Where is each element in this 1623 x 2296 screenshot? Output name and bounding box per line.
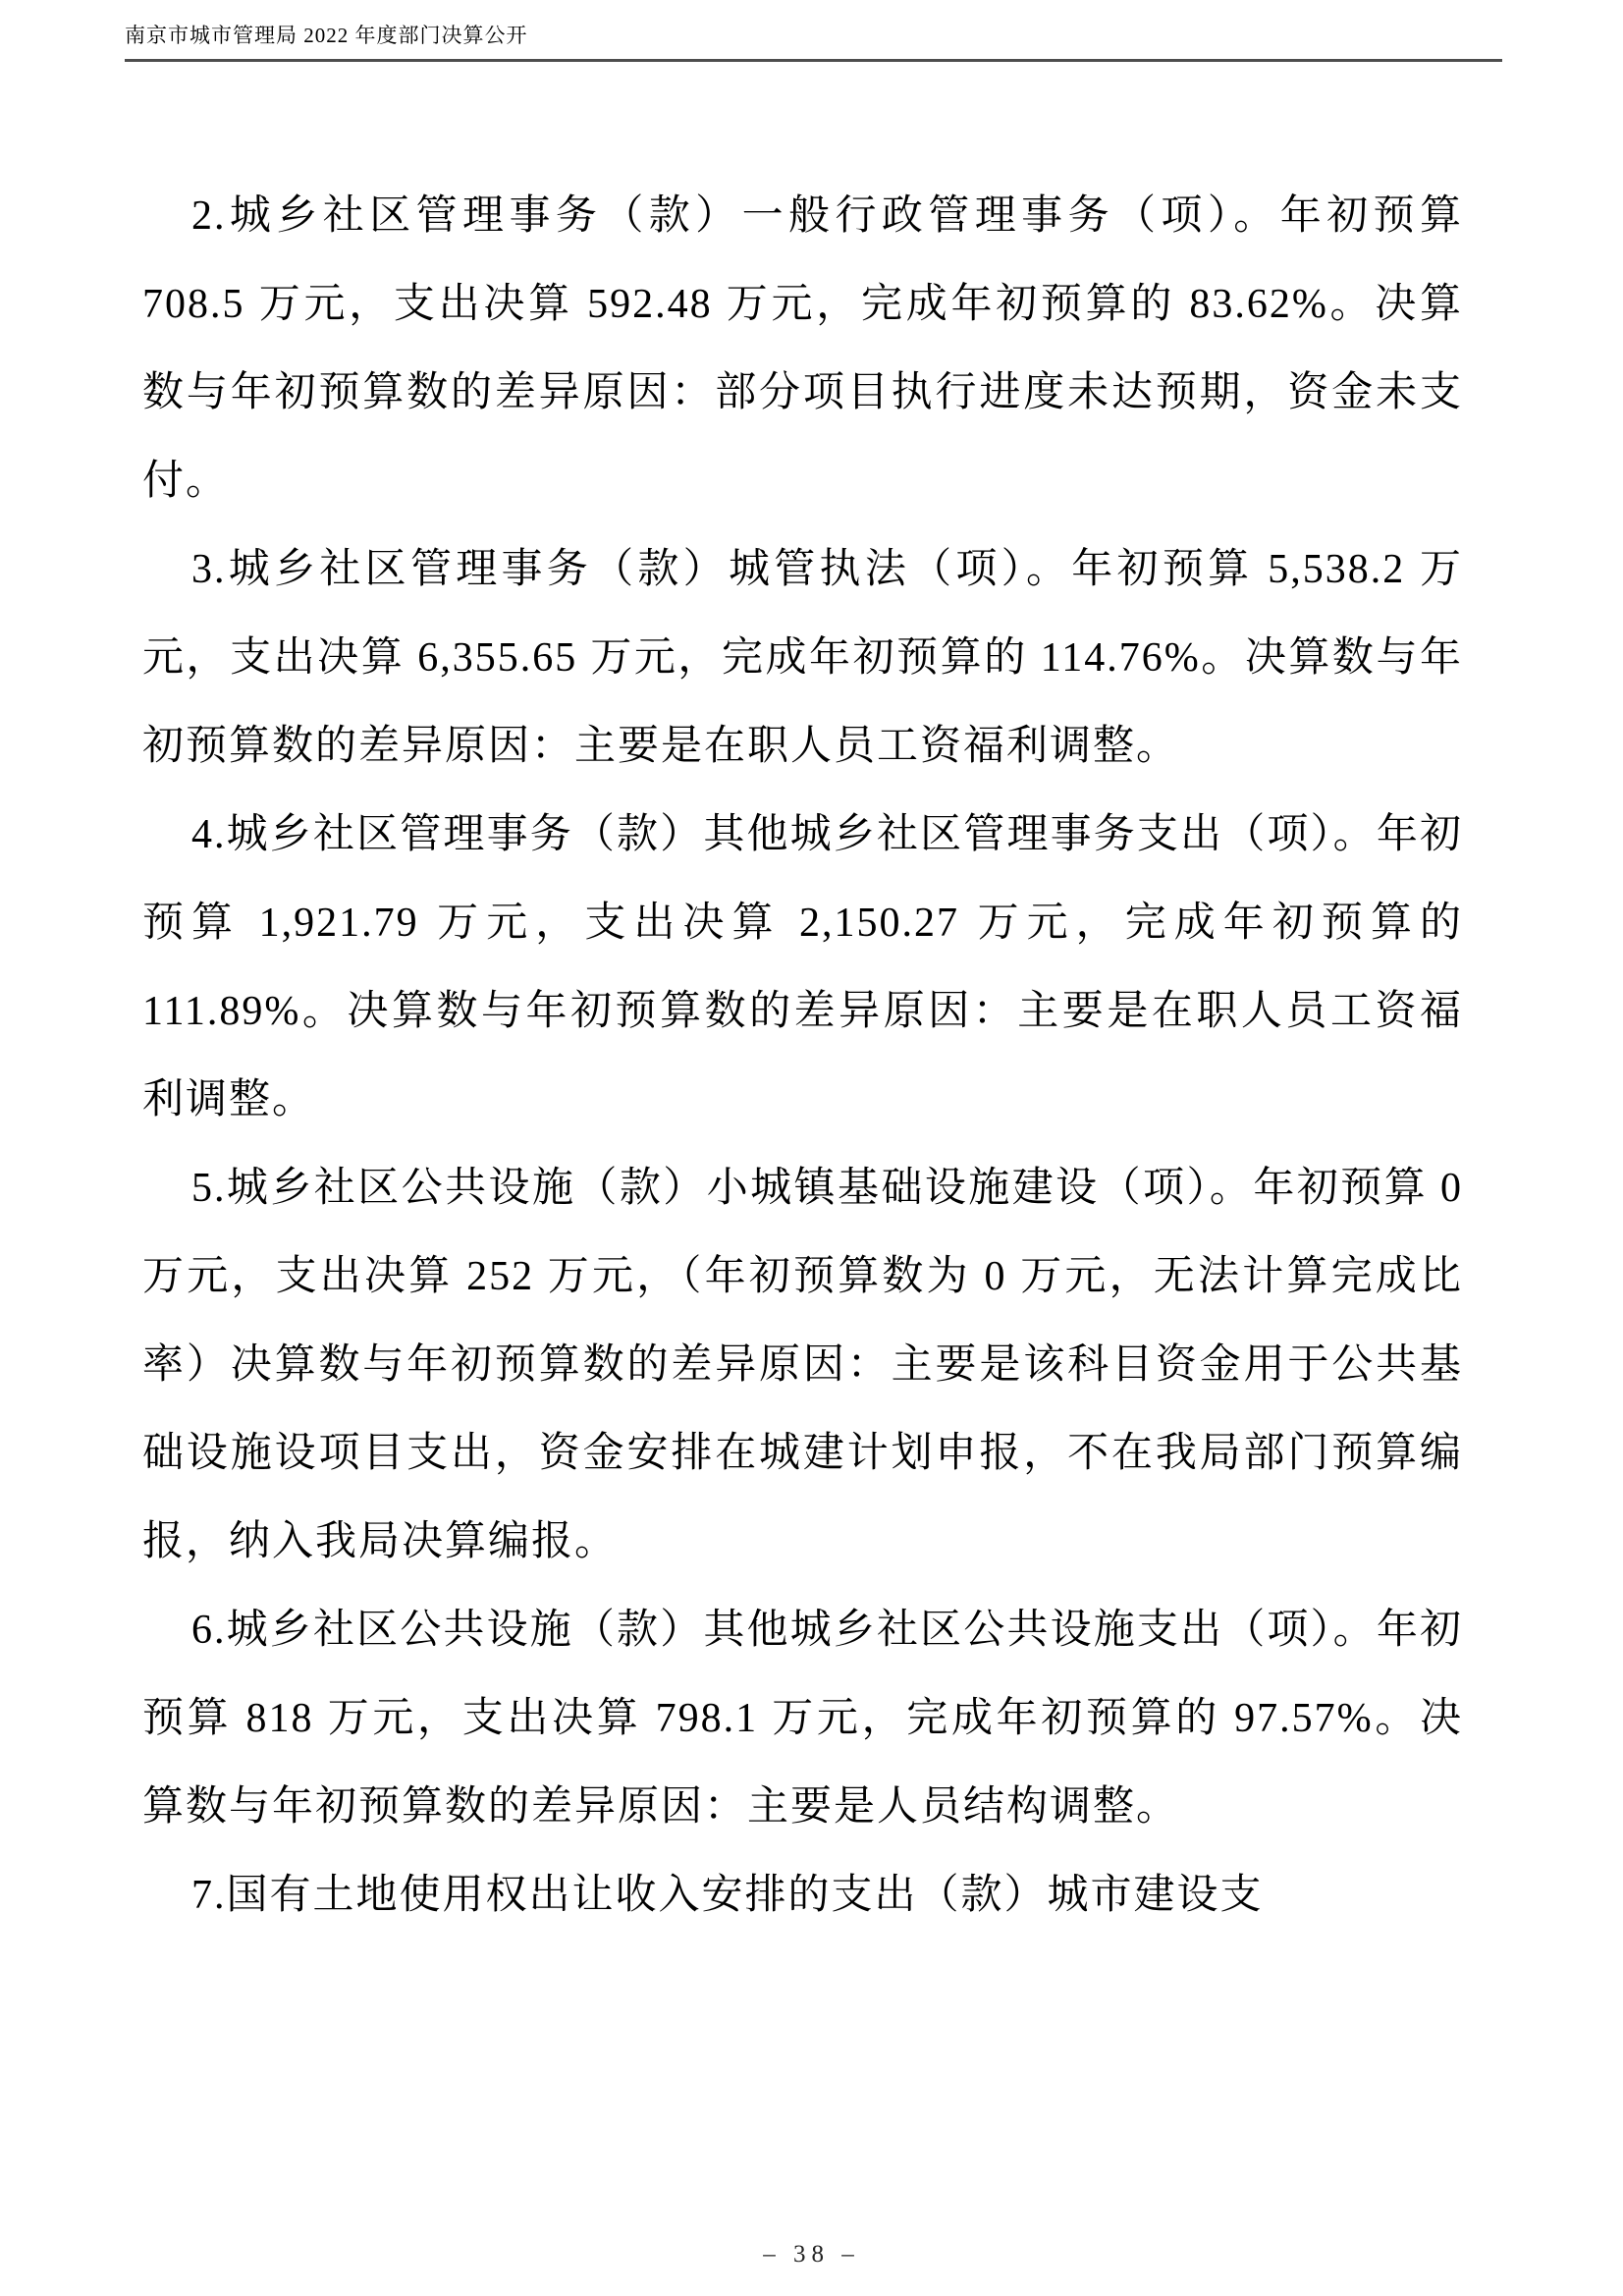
paragraph: 5.城乡社区公共设施（款）小城镇基础设施建设（项）。年初预算 0 万元，支出决算… xyxy=(142,1144,1463,1586)
paragraph: 3.城乡社区管理事务（款）城管执法（项）。年初预算 5,538.2 万元，支出决… xyxy=(142,525,1463,791)
paragraph: 7.国有土地使用权出让收入安排的支出（款）城市建设支 xyxy=(142,1851,1463,1940)
document-body: 2.城乡社区管理事务（款）一般行政管理事务（项）。年初预算 708.5 万元，支… xyxy=(142,172,1463,1940)
paragraph: 2.城乡社区管理事务（款）一般行政管理事务（项）。年初预算 708.5 万元，支… xyxy=(142,172,1463,525)
paragraph: 6.城乡社区公共设施（款）其他城乡社区公共设施支出（项）。年初预算 818 万元… xyxy=(142,1586,1463,1851)
document-header: 南京市城市管理局 2022 年度部门决算公开 xyxy=(125,24,1502,62)
header-title: 南京市城市管理局 2022 年度部门决算公开 xyxy=(125,24,528,47)
page-number: – 38 – xyxy=(763,2241,860,2268)
page-footer: – 38 – xyxy=(0,2241,1623,2269)
document-page: 南京市城市管理局 2022 年度部门决算公开 2.城乡社区管理事务（款）一般行政… xyxy=(0,0,1623,2296)
paragraph: 4.城乡社区管理事务（款）其他城乡社区管理事务支出（项）。年初预算 1,921.… xyxy=(142,791,1463,1144)
